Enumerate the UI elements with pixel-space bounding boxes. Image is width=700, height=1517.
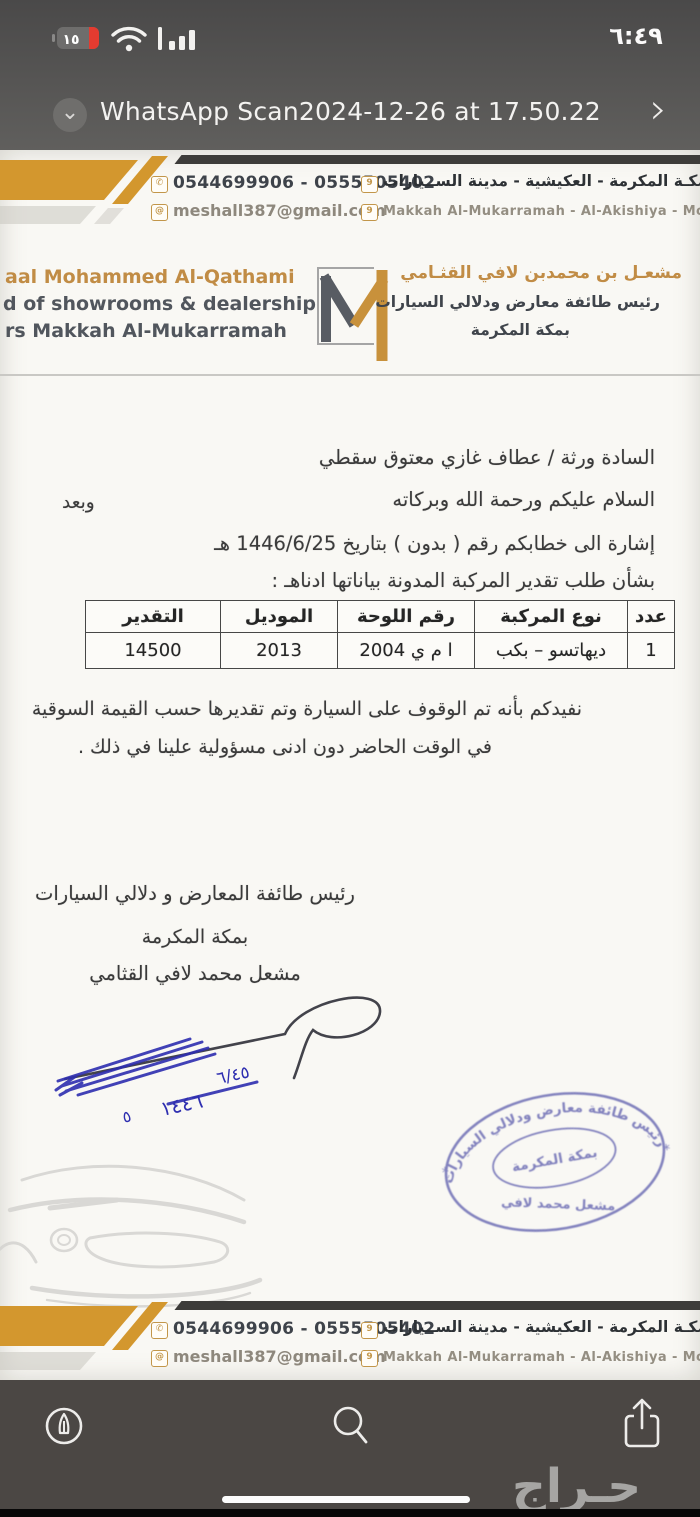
cell-plate: ا م ي 2004 (338, 633, 475, 669)
signature-city: بمكة المكرمة (20, 926, 370, 948)
col-estimate: التقدير (86, 601, 221, 633)
table-header-row: عدد نوع المركبة رقم اللوحة الموديل التقد… (86, 601, 675, 633)
top-chrome: ١٥ ٦:٤٩ ⌄ WhatsApp Scan2024-12-26 at 17.… (0, 0, 700, 150)
location-pin-icon: 9 (361, 204, 378, 221)
cell-estimate: 14500 (86, 633, 221, 669)
car-sketch-watermark (0, 1138, 284, 1313)
letter-ref-line: إشارة الى خطابكم رقم ( بدون ) بتاريخ 144… (214, 532, 655, 555)
screen-bottom-edge (0, 1509, 700, 1517)
svg-text:١٥: ١٥ (62, 32, 79, 48)
brand-name-ar: مشعـل بن محمدبن لافي القثـامي (400, 263, 682, 283)
haraj-watermark: حـراج (512, 1459, 641, 1514)
svg-text:*: * (662, 1142, 672, 1159)
markup-icon[interactable] (42, 1404, 86, 1448)
phone-icon: ✆ (151, 1322, 168, 1339)
brand-name-en: aal Mohammed Al-Qathami (5, 266, 295, 288)
cell-model: 2013 (221, 633, 338, 669)
location-pin-icon: 9 (361, 1350, 378, 1367)
letter-greeting: السلام عليكم ورحمة الله وبركاته (392, 488, 655, 511)
cell-type: ديهاتسو – بكب (475, 633, 628, 669)
letterhead-address-en: Makkah Al-Mukarramah - Al-Akishiya - Mot… (383, 204, 700, 219)
phone-icon: ✆ (151, 176, 168, 193)
forward-chevron-icon[interactable]: › (650, 88, 667, 130)
collapse-chevron-icon[interactable]: ⌄ (53, 98, 87, 132)
footer-address-ar: مكـة المكرمة - العكيشية - مدينة الســيار… (383, 1318, 700, 1336)
footer-address-en: Makkah Al-Mukarramah - Al-Akishiya - Mot… (383, 1350, 700, 1365)
letter-body-line2: في الوقت الحاضر دون ادنى مسؤولية علينا ف… (78, 736, 492, 758)
signature-title: رئيس طائفة المعارض و دلالي السيارات (20, 882, 370, 905)
col-plate: رقم اللوحة (338, 601, 475, 633)
brand-title-ar: رئيس طائفة معارض ودلالي السيارات (375, 293, 660, 311)
col-count: عدد (628, 601, 675, 633)
svg-text:مشعل محمد لافي: مشعل محمد لافي (501, 1195, 616, 1214)
wifi-icon (110, 25, 148, 53)
signature-scribble: ٦/٤٥ ١٤٤٦ ٥ (50, 982, 430, 1127)
svg-text:رئيس طائفة معارض ودلالي السيار: رئيس طائفة معارض ودلالي السيارات (430, 1083, 671, 1188)
letterhead-bottom-bar (174, 1301, 700, 1310)
vehicle-table: عدد نوع المركبة رقم اللوحة الموديل التقد… (85, 600, 675, 669)
letterhead-address-ar: مكـة المكرمة - العكيشية - مدينة الســيار… (383, 172, 700, 190)
letter-subject-line: بشأن طلب تقدير المركبة المدونة بياناتها … (271, 569, 655, 592)
search-icon[interactable] (328, 1402, 372, 1450)
letter-greeting-suffix: وبعد (62, 492, 95, 513)
battery-icon: ١٥ (50, 24, 102, 52)
email-icon: @ (151, 1350, 168, 1367)
brand-line2-en: d of showrooms & dealership (3, 293, 316, 315)
svg-text:٥: ٥ (120, 1106, 133, 1127)
col-model: الموديل (221, 601, 338, 633)
table-row: 1 ديهاتسو – بكب ا م ي 2004 2013 14500 (86, 633, 675, 669)
viewer-title: WhatsApp Scan2024-12-26 at 17.50.22 (100, 97, 640, 126)
svg-text:بمكة المكرمة: بمكة المكرمة (511, 1145, 599, 1176)
letter-to-line: السادة ورثة / عطاف غازي معتوق سقطي (319, 446, 655, 469)
letterhead-top-bar (174, 155, 700, 164)
letterhead-email: meshall387@gmail.com (173, 201, 386, 220)
brand-city-ar: بمكة المكرمة (471, 321, 570, 339)
svg-text:١٤٤٦: ١٤٤٦ (158, 1088, 205, 1120)
footer-email: meshall387@gmail.com (173, 1347, 386, 1366)
location-pin-icon: 9 (361, 1322, 378, 1339)
cell-count: 1 (628, 633, 675, 669)
letter-body-line1: نفيدكم بأنه تم الوقوف على السيارة وتم تق… (32, 698, 582, 720)
share-icon[interactable] (620, 1396, 664, 1452)
email-icon: @ (151, 204, 168, 221)
letterhead-divider (0, 374, 700, 376)
col-type: نوع المركبة (475, 601, 628, 633)
location-pin-icon: 9 (361, 176, 378, 193)
home-indicator[interactable] (222, 1496, 470, 1503)
brand-line3-en: rs Makkah Al-Mukarramah (5, 320, 287, 342)
phone-screen: ١٥ ٦:٤٩ ⌄ WhatsApp Scan2024-12-26 at 17.… (0, 0, 700, 1517)
status-time: ٦:٤٩ (596, 22, 676, 50)
cellular-icon (156, 24, 204, 52)
